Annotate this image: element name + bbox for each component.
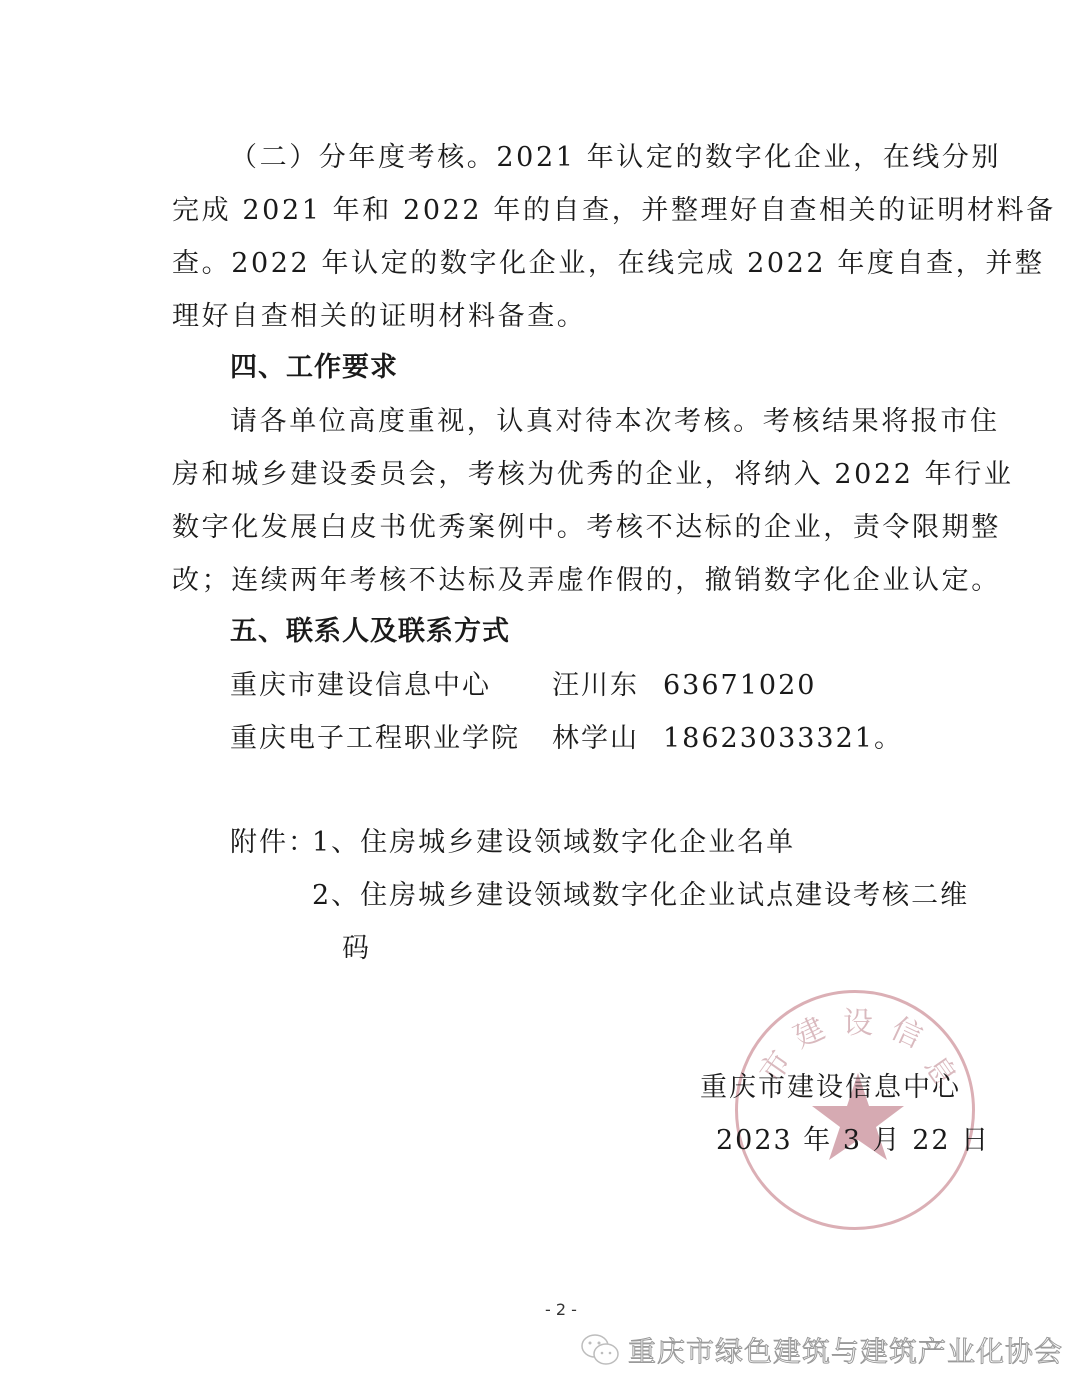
paragraph-line: 数字化发展白皮书优秀案例中。考核不达标的企业，责令限期整 <box>172 510 952 546</box>
contact-org: 重庆电子工程职业学院 <box>230 721 520 757</box>
official-seal: 建 设 信 息 市 <box>735 990 975 1230</box>
contact-phone: 18623033321。 <box>663 721 903 757</box>
paragraph-line: 改；连续两年考核不达标及弄虚作假的，撤销数字化企业认定。 <box>172 563 952 599</box>
signature-date: 2023 年 3 月 22 日 <box>716 1123 990 1159</box>
paragraph-line: 理好自查相关的证明材料备查。 <box>172 299 952 335</box>
attachments-label: 附件： <box>230 825 317 861</box>
signature-org: 重庆市建设信息中心 <box>700 1070 961 1106</box>
document-page: （二）分年度考核。2021 年认定的数字化企业，在线分别 完成 2021 年和 … <box>0 0 1080 1397</box>
paragraph-line: 请各单位高度重视，认真对待本次考核。考核结果将报市住 <box>230 404 1010 440</box>
watermark: 重庆市绿色建筑与建筑产业化协会 <box>580 1330 1063 1370</box>
contact-name: 汪川东 <box>552 668 639 704</box>
paragraph-line: （二）分年度考核。2021 年认定的数字化企业，在线分别 <box>230 140 1010 176</box>
watermark-text: 重庆市绿色建筑与建筑产业化协会 <box>628 1330 1063 1370</box>
section-heading: 五、联系人及联系方式 <box>230 614 1010 650</box>
attachment-item: 码 <box>342 931 371 967</box>
contact-org: 重庆市建设信息中心 <box>230 668 491 704</box>
wechat-icon <box>580 1333 620 1367</box>
contact-name: 林学山 <box>552 721 639 757</box>
attachment-item: 2、住房城乡建设领域数字化企业试点建设考核二维 <box>312 878 969 914</box>
paragraph-line: 查。2022 年认定的数字化企业，在线完成 2022 年度自查，并整 <box>172 246 952 282</box>
page-number: - 2 - <box>545 1300 577 1319</box>
section-heading: 四、工作要求 <box>230 350 1010 386</box>
paragraph-line: 完成 2021 年和 2022 年的自查，并整理好自查相关的证明材料备 <box>172 193 952 229</box>
paragraph-line: 房和城乡建设委员会，考核为优秀的企业，将纳入 2022 年行业 <box>172 457 952 493</box>
attachment-item: 1、住房城乡建设领域数字化企业名单 <box>312 825 795 861</box>
contact-phone: 63671020 <box>663 668 816 704</box>
